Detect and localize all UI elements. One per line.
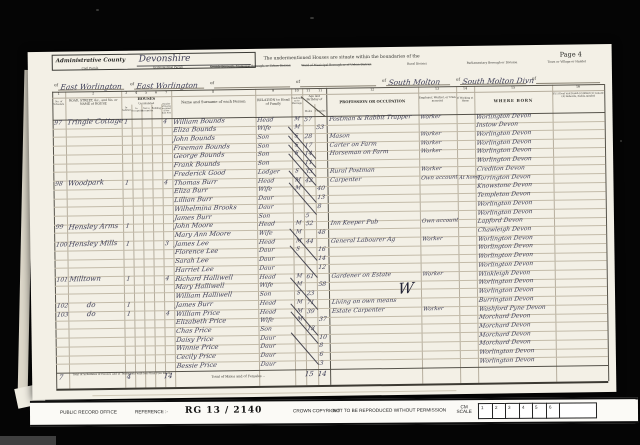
age-male: 57 (304, 117, 312, 123)
district-of-label: of (296, 81, 300, 86)
scale-number: 2 (494, 406, 497, 411)
where-born: Crediton Devon (476, 165, 525, 173)
age-female: 40 (317, 186, 325, 192)
age-female: 58 (318, 282, 326, 288)
where-born: Worlington Devon (479, 357, 535, 365)
district-of-label: of (456, 78, 460, 83)
district-of-label: of (210, 82, 214, 87)
age-male: 5 (305, 213, 310, 219)
person-name: Florence Lee (175, 248, 219, 256)
col-number: 7 (161, 91, 171, 95)
relation-to-head: Son (257, 161, 269, 167)
house-name: Tringle Cottage (67, 118, 124, 127)
district-cell-6: Parliamentary Borough or DivisionofSouth… (454, 61, 530, 86)
header-relation: RELATION to Head of Family (255, 98, 291, 106)
employer-status: Worker (421, 167, 442, 173)
relation-to-head: Daur (259, 248, 275, 254)
relation-to-head: Head (258, 222, 275, 229)
where-born: Knowstone Devon (477, 182, 533, 190)
where-born: Morchard Devon (479, 313, 531, 321)
col-number: 15 (474, 85, 552, 90)
total-houses-value: 4 (126, 374, 131, 381)
employer-status: Own account (421, 175, 458, 182)
house-name: do (86, 302, 96, 309)
employer-status: Worker (423, 306, 444, 312)
district-of-label: of (382, 79, 386, 84)
scale-cell-end (559, 402, 597, 418)
reproduction-notice: - NOT TO BE REPRODUCED WITHOUT PERMISSIO… (330, 408, 446, 413)
marriage-condition: M (295, 221, 301, 227)
schedule-number: 103 (56, 312, 68, 318)
relation-to-head: Daur (260, 335, 276, 341)
scale-number: 6 (548, 406, 551, 411)
where-born: Torrington Devon (477, 174, 531, 182)
header-occupation: PROFESSION OR OCCUPATION (326, 100, 418, 106)
occupation: Inn Keeper Pub (330, 220, 378, 227)
where-born: Worlington Devon (478, 261, 534, 269)
enumerator-w-mark: W (397, 281, 414, 297)
scale-cell: 4 (518, 403, 532, 419)
marriage-condition: M (296, 274, 302, 280)
employer-status: Worker (420, 132, 441, 138)
relation-to-head: Daur (260, 361, 276, 367)
district-cell-7: Town or Village or Hamletof (530, 60, 604, 85)
house-name: do (86, 311, 96, 318)
relation-to-head: Son (257, 135, 269, 141)
district-cell-1: Civil ParishofEast Worlington (52, 67, 128, 92)
employer-status: Worker (422, 237, 443, 243)
employer-status: Worker (420, 141, 441, 147)
relation-to-head: Daur (259, 265, 275, 271)
person-name: John Moore (174, 222, 213, 230)
col-number: 4 (131, 91, 141, 95)
schedule-number: 99 (55, 225, 63, 231)
record-reference-number: RG 13 / 2140 (185, 405, 262, 415)
house-name: Woodpark (68, 180, 105, 188)
age-male: 52 (305, 221, 313, 227)
person-name: Eliza Burr (174, 187, 208, 195)
col-number: 3 (121, 91, 131, 95)
rooms-count: 4 (162, 119, 167, 125)
relation-to-head: Daur (260, 344, 276, 350)
employer-status: Own account (421, 219, 458, 226)
total-schedules-value: 7 (58, 375, 63, 382)
relation-to-head: Daur (258, 196, 274, 202)
district-label: Town or Village or Hamlet (530, 60, 604, 64)
col-number: 6 (151, 91, 161, 95)
census-scan-page: Administrative County Devonshire The und… (28, 44, 617, 400)
where-born: Washford Pyne Devon (478, 304, 546, 312)
person-name: Cecily Price (176, 353, 216, 361)
rule-line (92, 390, 456, 396)
relation-to-head: Wife (258, 230, 273, 236)
where-born: Chawleigh Devon (477, 226, 531, 234)
scale-cell: 6 (545, 403, 559, 419)
marriage-condition: M (294, 117, 300, 123)
relation-to-head: Head (259, 309, 276, 316)
district-label: Ecclesiastical Parish (128, 66, 208, 70)
col-number: 2 (65, 91, 121, 96)
district-label: Parliamentary Borough or Division (454, 61, 530, 65)
scan-artifact-speck (310, 17, 314, 19)
schedule-number: 102 (56, 303, 68, 309)
header-infirmity: If (1) Deaf and Dumb (2) Blind (3) Lunat… (552, 92, 604, 98)
header-inhabited: In-habited (121, 107, 131, 112)
occupation: General Labourer Ag (330, 237, 395, 245)
header-at-home: If Working at Home (456, 97, 474, 103)
age-male: 44 (305, 239, 313, 245)
col-number: 13 (418, 87, 456, 91)
relation-to-head: Head (258, 178, 275, 185)
house-name: Milltown (69, 276, 101, 284)
where-born: Worlington Devon (477, 200, 533, 208)
census-table: 1234567891011111213141516No. of Schedule… (52, 84, 608, 389)
age-female: 10 (319, 335, 327, 341)
occupation: Mason (329, 133, 350, 140)
header-not-in-occupation: Not in Occupation (141, 107, 151, 112)
total-schedules-label: Total of Schedules of Houses and of Tene… (70, 372, 174, 376)
col-number: 1 (52, 92, 65, 96)
age-male: 39 (306, 308, 314, 314)
person-name: Winnie Price (176, 344, 219, 352)
situate-statement: The undermentioned Houses are situate wi… (264, 54, 420, 61)
col-number: 11 (314, 88, 326, 92)
relation-to-head: Son (257, 152, 269, 158)
district-cell-5: Rural DistrictofSouth Molton (380, 62, 454, 87)
total-rooms-value: 14 (163, 373, 173, 380)
scale-number: 1 (481, 406, 484, 411)
pro-reference-strip: PUBLIC RECORD OFFICE REFERENCE :- RG 13 … (30, 397, 638, 427)
district-cell-2: Ecclesiastical ParishofEast Worlington (128, 66, 208, 91)
relation-to-head: Head (257, 117, 274, 124)
schedule-number: 101 (55, 277, 67, 283)
person-name: Mary Halliwell (175, 283, 225, 291)
person-name: James Burr (174, 213, 212, 221)
district-cell-3: County Borough, Municipal Borough, or Ur… (208, 64, 294, 89)
total-males-females-label: Total of Males and of Females .. (175, 374, 301, 380)
where-born: Worlington Devon (478, 252, 534, 260)
where-born: Burrington Devon (478, 296, 534, 304)
header-building: Building (151, 107, 161, 110)
age-female: 16 (318, 247, 326, 253)
header-uninhabited: Uninhabited (131, 102, 161, 105)
relation-to-head: Son (257, 143, 269, 149)
district-label: Rural District (380, 62, 454, 66)
total-females-value: 14 (317, 371, 327, 378)
occupation: Gardener on Estate (331, 272, 392, 280)
houses-inhabited-mark: 1 (126, 311, 131, 317)
age-female: 12 (318, 265, 326, 271)
age-female: 8 (319, 343, 324, 349)
where-born: Winkleigh Devon (478, 270, 531, 278)
where-born: Instow Devon (476, 122, 518, 129)
person-name: William Bounds (173, 117, 225, 125)
district-of-label: of (130, 83, 134, 88)
rule-line (56, 381, 608, 391)
scale-cell: 5 (532, 403, 546, 419)
relation-to-head: Daur (260, 353, 276, 359)
district-label: Civil Parish (52, 67, 128, 71)
scale-number: 5 (535, 406, 538, 411)
header-houses-group: HOUSES (121, 97, 171, 102)
total-males-value: 15 (304, 371, 314, 378)
age-female: 48 (317, 230, 325, 236)
houses-inhabited-mark: 1 (125, 241, 130, 247)
person-name: Mary Ann Moore (174, 230, 231, 238)
cm-scale-ruler: 123456 (478, 402, 597, 417)
rule-line (604, 84, 610, 381)
scale-number: 3 (508, 406, 511, 411)
col-number: 10 (291, 89, 302, 93)
person-name: Chas Price (176, 327, 212, 335)
where-born: Worlington Devon (476, 130, 532, 138)
scan-artifact-speck (620, 140, 622, 142)
schedule-number: 100 (55, 242, 67, 248)
relation-to-head: Head (259, 274, 276, 281)
age-male: 28 (304, 134, 312, 140)
relation-to-head: Wife (257, 126, 272, 132)
marriage-condition: S (295, 169, 299, 175)
record-viewer-background: Administrative County Devonshire The und… (0, 0, 640, 445)
houses-inhabited-mark: 1 (125, 224, 130, 230)
relation-to-head: Daur (259, 257, 275, 263)
house-name: Hensley Arms (68, 223, 119, 232)
rooms-count: 4 (164, 276, 169, 282)
marriage-condition: M (294, 126, 300, 132)
marriage-condition: S (296, 291, 300, 297)
col-number: 5 (141, 91, 151, 95)
schedule-number: 98 (54, 181, 62, 187)
district-cell-4: Ward of Municipal Borough or of Urban Di… (294, 63, 380, 88)
person-name: James Burr (175, 301, 213, 309)
header-schedule: No. of Schedule (52, 101, 65, 106)
header-where-born: WHERE BORN (474, 99, 552, 105)
district-label: Ward of Municipal Borough or of Urban Di… (294, 63, 380, 67)
reference-label: REFERENCE :- (135, 410, 168, 415)
occupation: Carter on Farm (329, 141, 377, 148)
district-of-label: of (54, 84, 58, 89)
col-number: 11 (302, 89, 314, 93)
person-name: Eliza Bounds (173, 126, 217, 134)
person-name: William Halliwell (175, 291, 232, 299)
where-born: Morchard Devon (479, 322, 531, 330)
cm-scale-label: CM SCALE (454, 405, 474, 415)
person-name: Lillian Burr (174, 196, 213, 204)
rooms-count: 3 (164, 241, 169, 247)
person-name: Frederick Good (173, 169, 225, 177)
person-name: Elizabeth Price (176, 318, 227, 326)
age-female: 37 (319, 317, 327, 323)
where-born: Worlington Devon (478, 244, 534, 252)
occupation: Living on own means (331, 298, 396, 306)
where-born: Worlington Devon (476, 156, 532, 164)
header-employer: Employer, Worker, or Own account (418, 96, 456, 103)
relation-to-head: Wife (258, 187, 273, 193)
page-number-label: Page 4 (560, 50, 582, 58)
where-born: Lapford Devon (477, 218, 523, 225)
header-name: Name and Surname of each Person (171, 100, 255, 105)
age-female: 13 (317, 195, 325, 201)
where-born: Templeton Devon (477, 191, 531, 199)
employer-status: Worker (422, 272, 443, 278)
house-name: Hensley Mills (68, 240, 117, 249)
scale-cell: 1 (478, 403, 492, 419)
where-born: Morchard Devon (479, 340, 531, 348)
where-born: Worlington Devon (476, 148, 532, 156)
col-number: 9 (255, 89, 291, 93)
person-name: Thomas Burr (174, 178, 218, 186)
houses-inhabited-mark: 1 (123, 119, 128, 125)
person-name: Frank Bounds (173, 161, 220, 169)
administrative-county-label: Administrative County (56, 57, 126, 64)
rooms-count: 4 (165, 311, 170, 317)
col-number: 8 (171, 89, 255, 94)
relation-to-head: Lodger (258, 169, 281, 176)
header-condition: Condition as to Marriage (291, 97, 302, 105)
houses-inhabited-mark: 1 (126, 302, 131, 308)
age-male: 61 (306, 274, 314, 280)
age-female: 8 (317, 204, 322, 210)
district-label: County Borough, Municipal Borough, or Ur… (208, 64, 294, 68)
rooms-count: 4 (163, 180, 168, 186)
employer-status: Worker (420, 149, 441, 155)
scale-cell: 2 (491, 403, 505, 419)
viewer-corner-artifact (0, 436, 56, 445)
person-name: Harriet Lee (175, 266, 214, 274)
col-number: 16 (552, 85, 604, 90)
scale-cell: 3 (505, 403, 519, 419)
relation-to-head: Head (259, 300, 276, 307)
district-of-label: of (532, 77, 536, 82)
scale-number: 4 (521, 406, 524, 411)
header-males: Males (302, 110, 314, 113)
person-name: Wilhelmina Brooks (174, 204, 237, 212)
relation-to-head: Son (258, 213, 270, 219)
where-born: Worlington Devon (478, 287, 534, 295)
occupation: Postman & Rabbit Trapper (329, 114, 412, 123)
relation-to-head: Daur (258, 204, 274, 210)
header-house: ROAD, STREET, &c., and No. or NAME of HO… (65, 99, 121, 107)
marriage-condition: M (296, 300, 302, 306)
schedule-number: 97 (53, 120, 61, 126)
administrative-county-value: Devonshire (139, 55, 191, 65)
person-name: John Bounds (173, 135, 215, 143)
header-in-occupation: In Occupation (131, 108, 141, 113)
houses-inhabited-mark: 1 (124, 180, 129, 186)
age-female: 14 (318, 256, 326, 262)
col-number: 14 (456, 86, 474, 90)
age-female: 6 (319, 352, 324, 358)
where-born: Morchard Devon (479, 331, 531, 339)
age-female: 3 (319, 361, 324, 367)
person-name: Bessie Price (176, 362, 217, 370)
houses-inhabited-mark: 1 (125, 276, 130, 282)
where-born: Worlington Devon (479, 348, 535, 356)
header-rooms: Number of Rooms occupied if less than Fi… (161, 103, 171, 114)
occupation: Carpenter (330, 177, 362, 184)
relation-to-head: Son (260, 326, 272, 332)
employer-status: Worker (420, 115, 441, 121)
person-name: Sarah Lee (175, 257, 209, 265)
where-born: Worlington Devon (477, 209, 533, 217)
relation-to-head: Wife (260, 318, 275, 324)
public-record-office-label: PUBLIC RECORD OFFICE (60, 410, 117, 415)
occupation: Rural Postman (329, 167, 375, 174)
where-born: Worlington Devon (476, 113, 532, 121)
where-born: Worlington Devon (478, 278, 534, 286)
relation-to-head: Head (258, 239, 275, 246)
col-number: 12 (326, 87, 418, 92)
occupation: Estate Carpenter (331, 307, 384, 315)
occupation: Horseman on Farm (329, 150, 389, 158)
relation-to-head: Wife (259, 283, 274, 289)
age-female: 53 (316, 125, 324, 131)
scan-artifact-speck (96, 9, 99, 11)
relation-to-head: Son (259, 292, 271, 298)
